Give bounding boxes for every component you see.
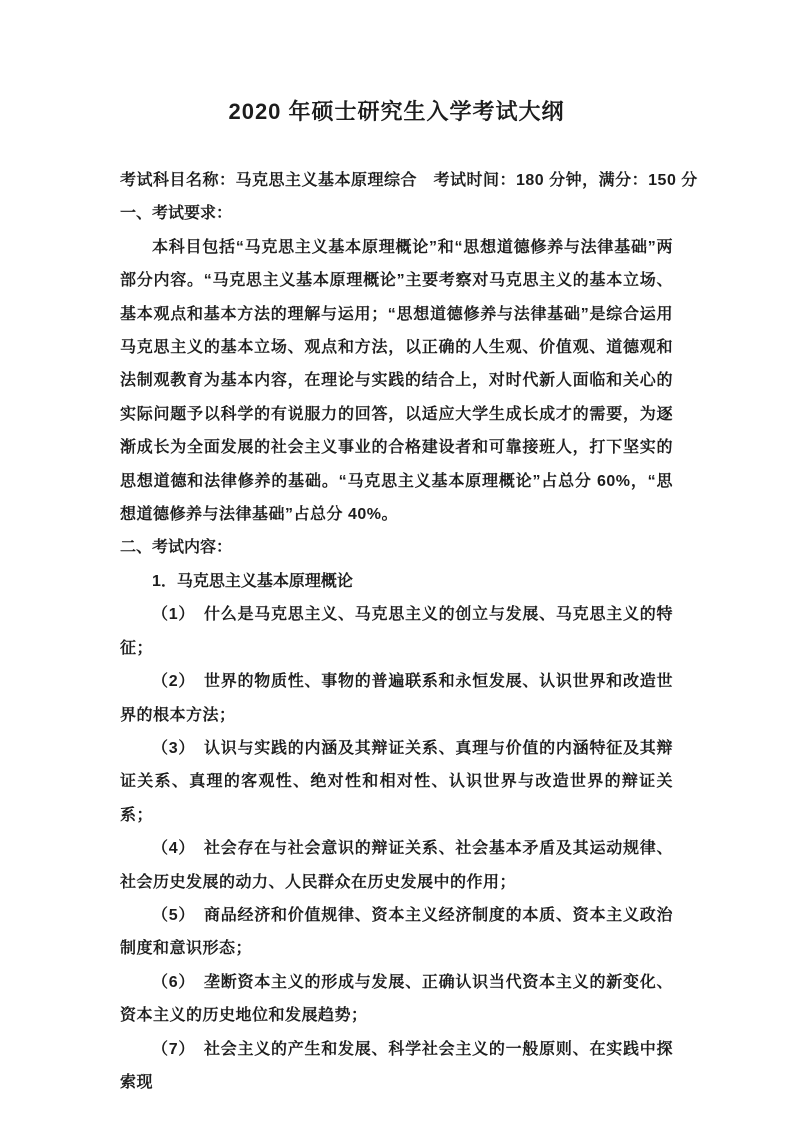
document-title: 2020 年硕士研究生入学考试大纲 <box>120 96 673 128</box>
document-page: 2020 年硕士研究生入学考试大纲 考试科目名称：马克思主义基本原理综合 考试时… <box>0 0 793 1121</box>
content-item: （7） 社会主义的产生和发展、科学社会主义的一般原则、在实践中探索现 <box>120 1033 673 1100</box>
section-heading-content: 二、考试内容： <box>120 531 673 564</box>
content-item: （4） 社会存在与社会意识的辩证关系、社会基本矛盾及其运动规律、社会历史发展的动… <box>120 832 673 899</box>
requirements-paragraph: 本科目包括“马克思主义基本原理概论”和“思想道德修养与法律基础”两部分内容。“马… <box>120 231 673 532</box>
content-subheading-marxism-principles: 1．马克思主义基本原理概论 <box>120 565 673 598</box>
content-item: （5） 商品经济和价值规律、资本主义经济制度的本质、资本主义政治制度和意识形态； <box>120 899 673 966</box>
content-item: （6） 垄断资本主义的形成与发展、正确认识当代资本主义的新变化、资本主义的历史地… <box>120 966 673 1033</box>
exam-meta-line: 考试科目名称：马克思主义基本原理综合 考试时间：180 分钟，满分：150 分 <box>120 164 673 197</box>
section-heading-requirements: 一、考试要求： <box>120 197 673 230</box>
content-item: （3） 认识与实践的内涵及其辩证关系、真理与价值的内涵特征及其辩证关系、真理的客… <box>120 732 673 832</box>
document-content: 2020 年硕士研究生入学考试大纲 考试科目名称：马克思主义基本原理综合 考试时… <box>0 0 793 1099</box>
content-item: （2） 世界的物质性、事物的普遍联系和永恒发展、认识世界和改造世界的根本方法； <box>120 665 673 732</box>
content-item: （1） 什么是马克思主义、马克思主义的创立与发展、马克思主义的特征； <box>120 598 673 665</box>
